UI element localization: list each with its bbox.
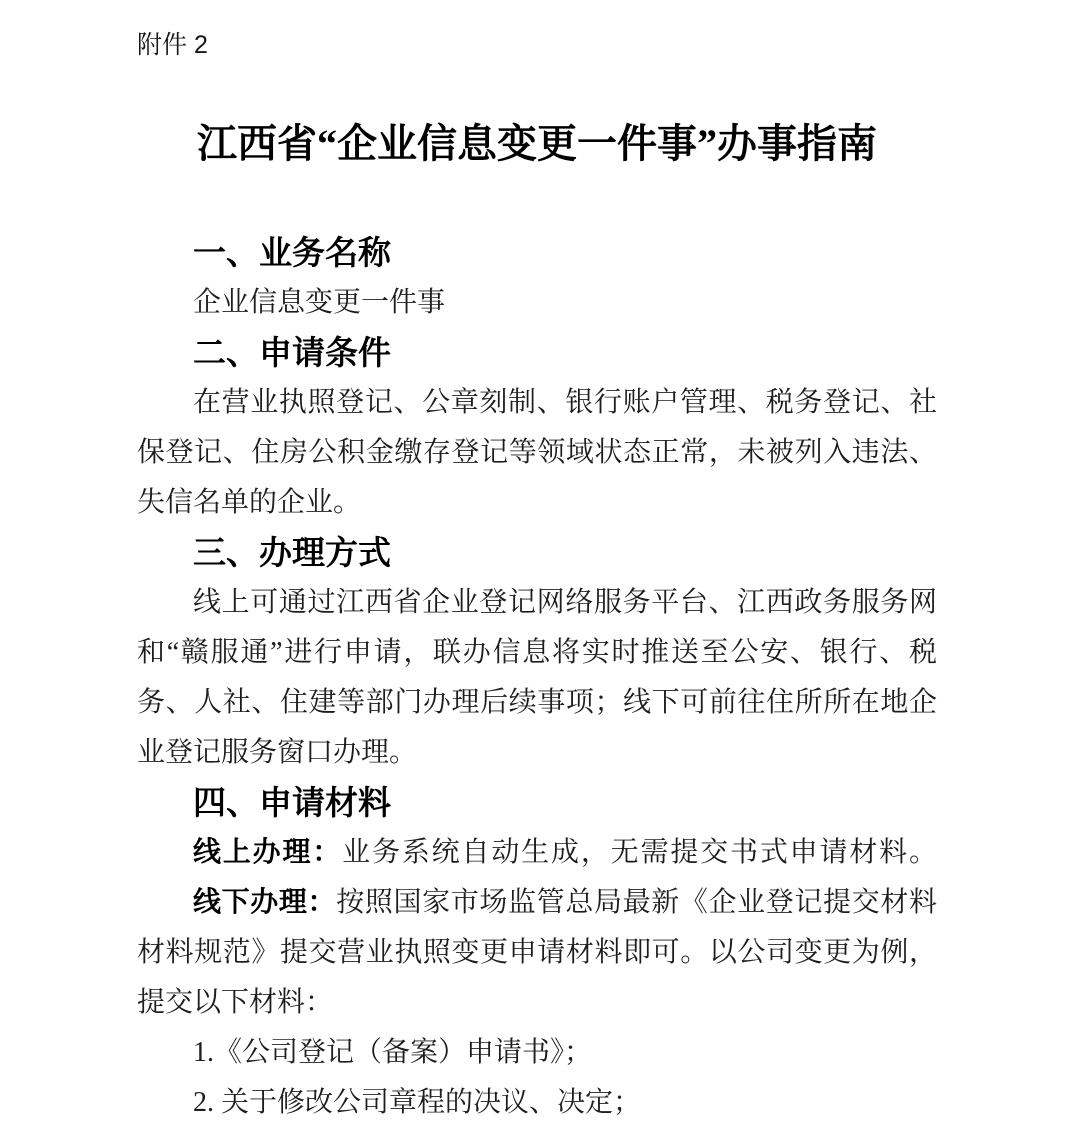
body-line: 失信名单的企业。 [137,478,937,528]
attachment-label: 附件 2 [137,0,937,60]
body-line: 企业信息变更一件事 [137,278,937,328]
section-heading-business-name: 一、业务名称 [137,228,937,278]
section-heading-application-materials: 四、申请材料 [137,778,937,828]
body-line: 业登记服务窗口办理。 [137,728,937,778]
body-line-online-handling: 线上办理：业务系统自动生成，无需提交书式申请材料。 [137,828,937,878]
body-line: 材料规范》提交营业执照变更申请材料即可。以公司变更为例， [137,928,937,978]
body-line: 提交以下材料： [137,978,937,1028]
online-handling-text: 业务系统自动生成，无需提交书式申请材料。 [342,837,937,868]
body-line-offline-handling: 线下办理：按照国家市场监管总局最新《企业登记提交材料 [137,878,937,928]
offline-handling-text: 按照国家市场监管总局最新《企业登记提交材料 [336,887,937,918]
text-column: 附件 2 江西省“企业信息变更一件事”办事指南 一、业务名称 企业信息变更一件事… [137,0,937,1128]
body-line: 在营业执照登记、公章刻制、银行账户管理、税务登记、社 [137,378,937,428]
body-line: 务、人社、住建等部门办理后续事项；线下可前往住所所在地企 [137,678,937,728]
body-line: 线上可通过江西省企业登记网络服务平台、江西政务服务网 [137,578,937,628]
material-list-item: 1.《公司登记（备案）申请书》； [137,1028,937,1078]
online-handling-lead: 线上办理： [193,837,342,868]
offline-handling-lead: 线下办理： [193,887,336,918]
document-page: 附件 2 江西省“企业信息变更一件事”办事指南 一、业务名称 企业信息变更一件事… [0,0,1074,1132]
body-line: 保登记、住房公积金缴存登记等领域状态正常，未被列入违法、 [137,428,937,478]
section-heading-application-conditions: 二、申请条件 [137,328,937,378]
section-heading-handling-method: 三、办理方式 [137,528,937,578]
body-line: 和“赣服通”进行申请，联办信息将实时推送至公安、银行、税 [137,628,937,678]
material-list-item: 2. 关于修改公司章程的决议、决定； [137,1078,937,1128]
document-title: 江西省“企业信息变更一件事”办事指南 [137,116,937,172]
document-body: 一、业务名称 企业信息变更一件事 二、申请条件 在营业执照登记、公章刻制、银行账… [137,228,937,1128]
